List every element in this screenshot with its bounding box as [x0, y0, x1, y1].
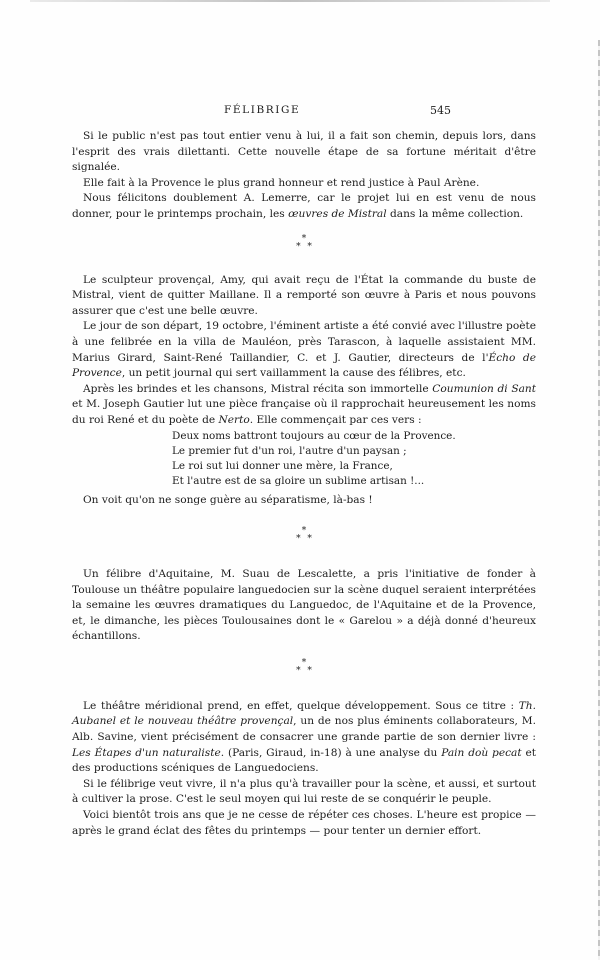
page-number: 545	[430, 104, 451, 117]
section-divider-asterism: * * *	[72, 235, 536, 251]
italic-title: Les Étapes d'un naturaliste	[72, 747, 221, 759]
text-run: dans la même collection.	[387, 208, 524, 220]
italic-title: Pain doù pecat	[441, 747, 521, 759]
section-divider-asterism: * * *	[72, 659, 536, 675]
verse-line: Et l'autre est de sa gloire un sublime a…	[172, 474, 536, 489]
section-divider-asterism: * * *	[72, 527, 536, 543]
section-amy: Le sculpteur provençal, Amy, qui avait r…	[72, 273, 536, 509]
verse-line: Deux noms battront toujours au cœur de l…	[172, 429, 536, 444]
asterism-bottom: * *	[72, 243, 536, 251]
paragraph: On voit qu'on ne songe guère au séparati…	[72, 493, 536, 509]
text-run: . (Paris, Giraud, in-18) à une analyse d…	[221, 747, 441, 759]
paragraph: Elle fait à la Provence le plus grand ho…	[72, 176, 536, 192]
italic-title: Coumunion di Sant	[432, 383, 536, 395]
section-lemerre: Si le public n'est pas tout entier venu …	[72, 129, 536, 223]
verse-line: Le premier fut d'un roi, l'autre d'un pa…	[172, 444, 536, 459]
text-run: , un petit journal qui sert vaillamment …	[122, 367, 466, 379]
paragraph: Si le félibrige veut vivre, il n'a plus …	[72, 777, 536, 808]
text-run: Après les brindes et les chansons, Mistr…	[83, 383, 432, 395]
paragraph: Le théâtre méridional prend, en effet, q…	[72, 699, 536, 777]
paragraph: Un félibre d'Aquitaine, M. Suau de Lesca…	[72, 567, 536, 645]
text-run: . Elle commençait par ces vers :	[250, 414, 422, 426]
paragraph: Nous félicitons doublement A. Lemerre, c…	[72, 191, 536, 222]
italic-title: Nerto	[218, 414, 249, 426]
verse-quote: Deux noms battront toujours au cœur de l…	[172, 429, 536, 490]
italic-title: œuvres de Mistral	[288, 208, 387, 220]
text-run: Le jour de son départ, 19 octobre, l'émi…	[72, 320, 536, 363]
paragraph: Le sculpteur provençal, Amy, qui avait r…	[72, 273, 536, 320]
section-toulouse-theatre: Un félibre d'Aquitaine, M. Suau de Lesca…	[72, 567, 536, 645]
paragraph: Après les brindes et les chansons, Mistr…	[72, 382, 536, 429]
page-body: Si le public n'est pas tout entier venu …	[72, 129, 536, 839]
paragraph: Voici bientôt trois ans que je ne cesse …	[72, 808, 536, 839]
section-meridional-theatre: Le théâtre méridional prend, en effet, q…	[72, 699, 536, 839]
paragraph: Si le public n'est pas tout entier venu …	[72, 129, 536, 176]
verse-line: Le roi sut lui donner une mère, la Franc…	[172, 459, 536, 474]
asterism-bottom: * *	[72, 667, 536, 675]
page-header: FÉLIBRIGE 545	[0, 104, 600, 120]
running-title: FÉLIBRIGE	[224, 104, 300, 116]
asterism-bottom: * *	[72, 535, 536, 543]
scan-bleed-top	[30, 0, 550, 2]
paragraph: Le jour de son départ, 19 octobre, l'émi…	[72, 319, 536, 381]
text-run: Le théâtre méridional prend, en effet, q…	[83, 700, 519, 712]
